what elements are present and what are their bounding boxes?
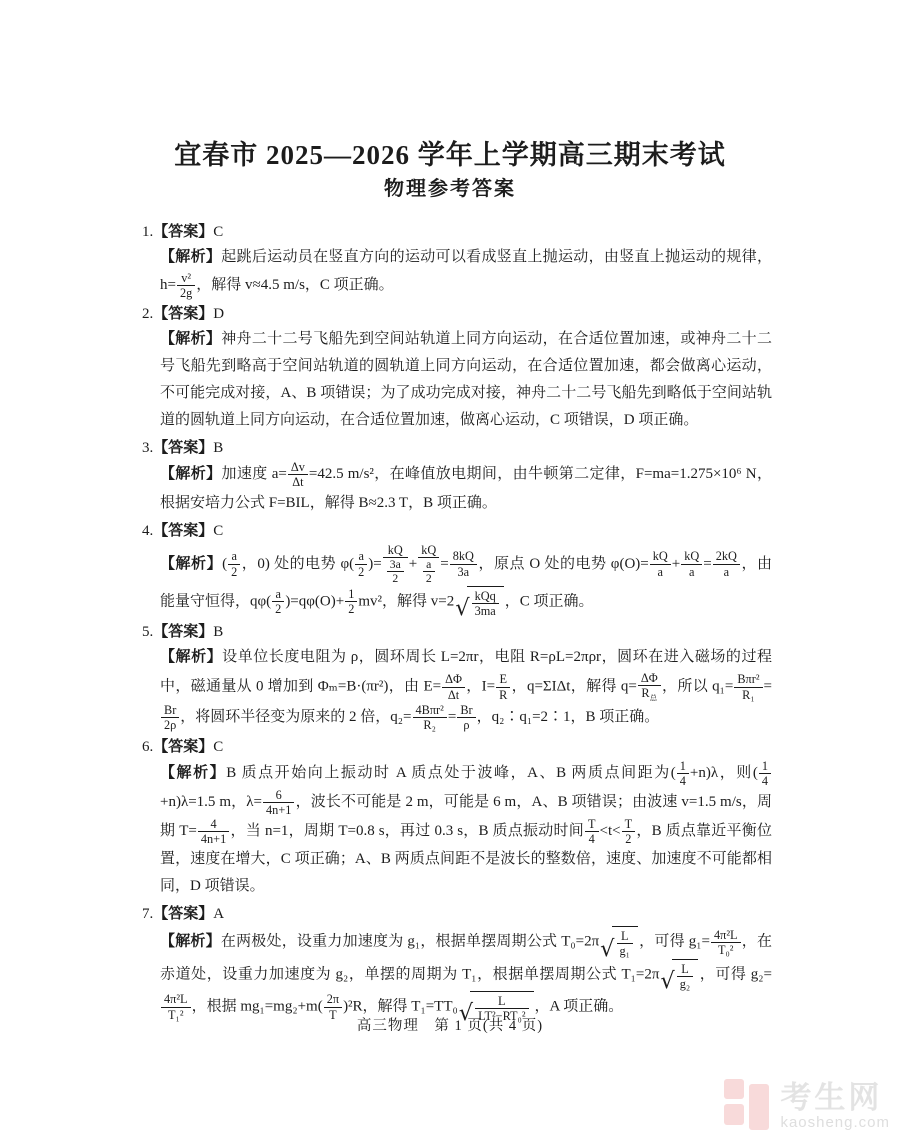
fraction: v²2g <box>177 271 195 300</box>
fraction: Brρ <box>457 703 475 732</box>
footer-text: 高三物理 第 1 页(共 4 页) <box>357 1018 543 1034</box>
fraction-numerator: L <box>677 962 693 977</box>
fraction: 4Bπr²R₂ <box>413 703 447 732</box>
fraction-numerator: 4π²L <box>161 992 191 1007</box>
fraction-denominator: 2g <box>177 286 195 300</box>
fraction-denominator: a <box>681 565 702 579</box>
fraction-denominator: 2 <box>272 602 284 616</box>
fraction: a2 <box>228 549 240 578</box>
fraction-numerator: 3a <box>387 558 404 572</box>
fraction-numerator: a <box>272 587 284 602</box>
fraction-denominator: g₁ <box>617 944 633 958</box>
radicand: Lg₂ <box>672 959 698 991</box>
subscripted-variable: R总 <box>641 686 657 700</box>
fraction-numerator: 4Bπr² <box>413 703 447 718</box>
analysis-label: 【解析】 <box>160 934 221 950</box>
fraction-numerator: v² <box>177 271 195 286</box>
fraction-denominator: 2ρ <box>161 718 179 732</box>
analysis-label: 【解析】 <box>160 331 221 347</box>
kaosheng-watermark: 考生网 kaosheng.com <box>722 1077 890 1137</box>
fraction-denominator: T₀² <box>711 943 741 957</box>
analysis-label: 【解析】 <box>160 249 221 265</box>
watermark-domain: kaosheng.com <box>780 1115 890 1131</box>
question-number: 7. <box>142 906 153 922</box>
fraction: 2kQa <box>713 549 740 578</box>
answer-item: 3.【答案】B【解析】加速度 a=ΔvΔt=42.5 m/s²，在峰值放电期间，… <box>142 436 772 516</box>
fraction-numerator: kQq <box>472 589 499 604</box>
answers-list: 1.【答案】C【解析】起跳后运动员在竖直方向的运动可以看成竖直上抛运动，由竖直上… <box>142 220 772 1025</box>
answer-letter: C <box>213 523 223 539</box>
answer-letter: B <box>213 440 223 456</box>
analysis-paragraph: 【解析】(a2，0) 处的电势 φ(a2)=kQ3a2+kQa2=8kQ3a，原… <box>160 543 772 618</box>
answer-letter: D <box>213 306 224 322</box>
fraction: 12 <box>345 587 357 616</box>
fraction-denominator: g₂ <box>677 977 693 991</box>
fraction-denominator: Δt <box>442 688 465 702</box>
fraction: Lg₂ <box>677 962 693 991</box>
answer-line: 5.【答案】B <box>142 620 772 644</box>
fraction-numerator: Bπr² <box>734 672 762 687</box>
fraction-numerator: L <box>475 994 528 1009</box>
fraction-numerator: ΔΦ <box>638 671 661 686</box>
fraction-numerator: 8kQ <box>450 549 477 564</box>
logo-block-right <box>749 1084 769 1130</box>
fraction-denominator: 2 <box>387 572 404 585</box>
analysis-paragraph: 【解析】B 质点开始向上振动时 A 质点处于波峰，A、B 两质点间距为(14+n… <box>160 759 772 901</box>
answer-label: 【答案】 <box>153 624 213 640</box>
analysis-paragraph: 【解析】在两极处，设重力加速度为 g₁，根据单摆周期公式 T₀=2π√Lg₁，可… <box>160 926 772 1023</box>
fraction-denominator: 4 <box>585 832 599 846</box>
fraction-denominator: 4 <box>759 774 771 788</box>
analysis-label: 【解析】 <box>160 649 222 665</box>
answer-letter: C <box>213 224 223 240</box>
fraction-numerator: 2π <box>324 992 342 1007</box>
fraction-numerator: kQ <box>650 549 671 564</box>
watermark-brand: 考生网 <box>780 1083 890 1113</box>
answer-label: 【答案】 <box>153 440 213 456</box>
fraction-numerator: kQ <box>418 543 439 558</box>
subscript: 总 <box>650 693 658 702</box>
analysis-label: 【解析】 <box>160 556 222 572</box>
fraction-denominator: 2 <box>423 572 435 585</box>
fraction: ΔΦΔt <box>442 672 465 701</box>
fraction-numerator: 6 <box>263 788 294 803</box>
fraction-numerator: L <box>617 929 633 944</box>
fraction-numerator: 4π²L <box>711 928 741 943</box>
answer-item: 5.【答案】B【解析】设单位长度电阻为 ρ，圆环周长 L=2πr，电阻 R=ρL… <box>142 620 772 733</box>
radicand: Lg₁ <box>612 926 638 958</box>
fraction: 3a2 <box>387 558 404 586</box>
fraction: 8kQ3a <box>450 549 477 578</box>
fraction: kQq3ma <box>472 589 499 618</box>
question-number: 1. <box>142 224 153 240</box>
fraction: T4 <box>585 817 599 846</box>
fraction-numerator: 1 <box>677 759 689 774</box>
page-footer: 高三物理 第 1 页(共 4 页) <box>0 1014 900 1035</box>
answer-label: 【答案】 <box>153 906 213 922</box>
analysis-label: 【解析】 <box>160 466 222 482</box>
fraction-numerator: 4 <box>198 817 229 832</box>
analysis-label: 【解析】 <box>160 765 226 781</box>
fraction-numerator: Br <box>161 703 179 718</box>
fraction: ΔvΔt <box>288 460 308 489</box>
question-number: 2. <box>142 306 153 322</box>
fraction-denominator: 3ma <box>472 604 499 618</box>
fraction-numerator: kQ <box>383 543 408 558</box>
answer-line: 1.【答案】C <box>142 220 772 244</box>
sqrt-expression: √Lg₁ <box>600 926 638 958</box>
fraction: 14 <box>677 759 689 788</box>
analysis-paragraph: 【解析】神舟二十二号飞船先到空间站轨道上同方向运动，在合适位置加速，或神舟二十二… <box>160 326 772 434</box>
answer-line: 7.【答案】A <box>142 902 772 926</box>
fraction: kQa <box>681 549 702 578</box>
fraction-numerator: a <box>355 549 367 564</box>
fraction: ΔΦR总 <box>638 671 661 703</box>
answer-line: 6.【答案】C <box>142 735 772 759</box>
fraction-denominator: 3a <box>450 565 477 579</box>
fraction-denominator: 4 <box>677 774 689 788</box>
analysis-paragraph: 【解析】起跳后运动员在竖直方向的运动可以看成竖直上抛运动，由竖直上抛运动的规律，… <box>160 244 772 300</box>
answer-line: 3.【答案】B <box>142 436 772 460</box>
fraction-denominator: Δt <box>288 475 308 489</box>
fraction: ER <box>496 672 510 701</box>
fraction-numerator: Δv <box>288 460 308 475</box>
fraction: 4π²LT₀² <box>711 928 741 957</box>
document-title: 宜春市 2025—2026 学年上学期高三期末考试 <box>0 133 900 172</box>
fraction-denominator: ρ <box>457 718 475 732</box>
answer-letter: B <box>213 624 223 640</box>
answer-item: 7.【答案】A【解析】在两极处，设重力加速度为 g₁，根据单摆周期公式 T₀=2… <box>142 902 772 1023</box>
fraction: Br2ρ <box>161 703 179 732</box>
fraction-denominator: 2 <box>228 565 240 579</box>
fraction-numerator: kQ <box>681 549 702 564</box>
fraction: a2 <box>355 549 367 578</box>
fraction-denominator: R₂ <box>413 718 447 732</box>
answer-letter: C <box>213 739 223 755</box>
fraction: a2 <box>423 558 435 586</box>
document-page: 宜春市 2025—2026 学年上学期高三期末考试 物理参考答案 1.【答案】C… <box>0 0 900 1143</box>
answer-label: 【答案】 <box>153 224 213 240</box>
fraction: 44n+1 <box>198 817 229 846</box>
fraction-numerator: T <box>622 817 636 832</box>
answer-item: 6.【答案】C【解析】B 质点开始向上振动时 A 质点处于波峰，A、B 两质点间… <box>142 735 772 901</box>
answer-line: 2.【答案】D <box>142 302 772 326</box>
fraction-denominator: 2 <box>622 832 636 846</box>
fraction-numerator: a <box>228 549 240 564</box>
fraction: 14 <box>759 759 771 788</box>
sqrt-expression: √kQq3ma <box>455 586 504 618</box>
answer-label: 【答案】 <box>153 306 213 322</box>
answer-label: 【答案】 <box>153 523 213 539</box>
fraction: kQa2 <box>418 543 439 586</box>
fraction: 64n+1 <box>263 788 294 817</box>
fraction-numerator: T <box>585 817 599 832</box>
document-subtitle: 物理参考答案 <box>0 172 900 201</box>
fraction-denominator: R <box>496 688 510 702</box>
fraction-denominator: R₁ <box>734 688 762 702</box>
answer-item: 4.【答案】C【解析】(a2，0) 处的电势 φ(a2)=kQ3a2+kQa2=… <box>142 519 772 618</box>
fraction-denominator: 3a2 <box>383 558 408 586</box>
fraction-denominator: R总 <box>638 686 661 703</box>
answer-item: 1.【答案】C【解析】起跳后运动员在竖直方向的运动可以看成竖直上抛运动，由竖直上… <box>142 220 772 300</box>
fraction-numerator: E <box>496 672 510 687</box>
radicand: kQq3ma <box>467 586 504 618</box>
fraction-denominator: a <box>713 565 740 579</box>
question-number: 5. <box>142 624 153 640</box>
fraction: a2 <box>272 587 284 616</box>
answer-line: 4.【答案】C <box>142 519 772 543</box>
question-number: 6. <box>142 739 153 755</box>
fraction-denominator: 4n+1 <box>263 803 294 817</box>
analysis-paragraph: 【解析】加速度 a=ΔvΔt=42.5 m/s²，在峰值放电期间，由牛顿第二定律… <box>160 460 772 516</box>
kaosheng-logo-icon <box>722 1077 772 1137</box>
fraction-denominator: 4n+1 <box>198 832 229 846</box>
fraction: Bπr²R₁ <box>734 672 762 701</box>
answer-letter: A <box>213 906 224 922</box>
fraction-numerator: a <box>423 558 435 572</box>
fraction: Lg₁ <box>617 929 633 958</box>
watermark-text: 考生网 kaosheng.com <box>780 1083 890 1131</box>
answer-label: 【答案】 <box>153 739 213 755</box>
fraction-denominator: a2 <box>418 558 439 586</box>
fraction-denominator: 2 <box>355 565 367 579</box>
answer-item: 2.【答案】D【解析】神舟二十二号飞船先到空间站轨道上同方向运动，在合适位置加速… <box>142 302 772 434</box>
fraction-numerator: Br <box>457 703 475 718</box>
fraction-numerator: ΔΦ <box>442 672 465 687</box>
fraction: kQa <box>650 549 671 578</box>
fraction-numerator: 1 <box>759 759 771 774</box>
fraction-numerator: 2kQ <box>713 549 740 564</box>
analysis-paragraph: 【解析】设单位长度电阻为 ρ，圆环周长 L=2πr，电阻 R=ρL=2πρr，圆… <box>160 644 772 733</box>
question-number: 3. <box>142 440 153 456</box>
logo-block-bottom-left <box>724 1104 744 1125</box>
logo-block-top-left <box>724 1079 744 1099</box>
fraction-denominator: a <box>650 565 671 579</box>
question-number: 4. <box>142 523 153 539</box>
fraction: kQ3a2 <box>383 543 408 586</box>
fraction: T2 <box>622 817 636 846</box>
sqrt-expression: √Lg₂ <box>660 959 698 991</box>
fraction-denominator: 2 <box>345 602 357 616</box>
fraction-numerator: 1 <box>345 587 357 602</box>
